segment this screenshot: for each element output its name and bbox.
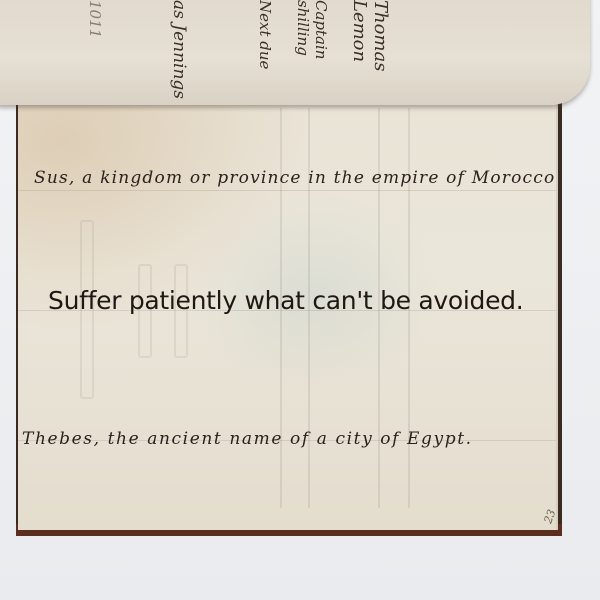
rotated-text: Next due (256, 0, 274, 69)
curled-top-page: Thomas Lemon Captain shilling Next due a… (0, 0, 590, 105)
rotated-text: Captain shilling (294, 0, 330, 105)
rotated-text: as Jennings (169, 0, 189, 99)
handwritten-line-3: Thebes, the ancient name of a city of Eg… (22, 429, 473, 449)
handwritten-line-2: Suffer patiently what can't be avoided. (48, 286, 523, 315)
rotated-text: Thomas Lemon (349, 0, 391, 105)
handwritten-line-1: Sus, a kingdom or province in the empire… (34, 168, 555, 188)
ruled-line (18, 190, 556, 191)
rotated-text: 1011 (86, 0, 104, 38)
